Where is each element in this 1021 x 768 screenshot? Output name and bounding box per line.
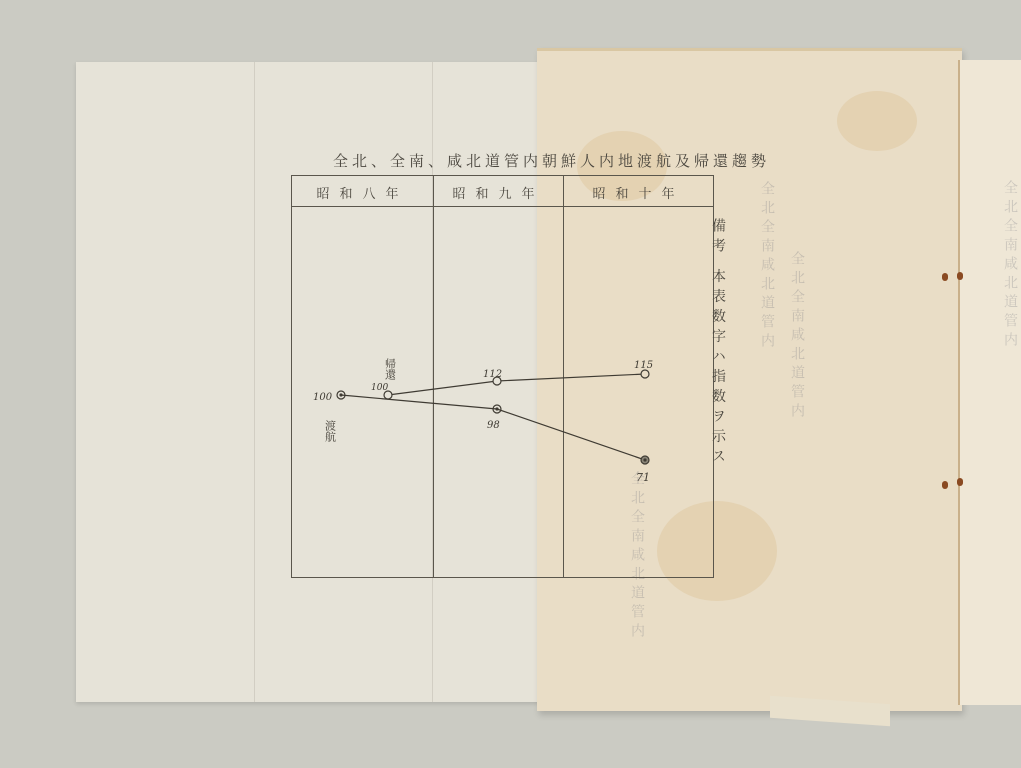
double-circle-marker [641, 456, 649, 464]
data-label: 98 [487, 420, 500, 431]
data-label: 115 [634, 360, 653, 371]
series-label-departure: 渡航 [324, 419, 337, 443]
data-label: 100 [371, 383, 388, 393]
series-label-return: 帰還 [384, 357, 397, 380]
open-circle-marker [641, 370, 649, 378]
data-label: 71 [636, 471, 650, 484]
data-label: 112 [483, 369, 502, 380]
plot-area: 100 100 112 98 115 71 渡航 帰還 [0, 0, 1021, 768]
series-return [384, 370, 649, 399]
data-label: 100 [313, 392, 333, 403]
